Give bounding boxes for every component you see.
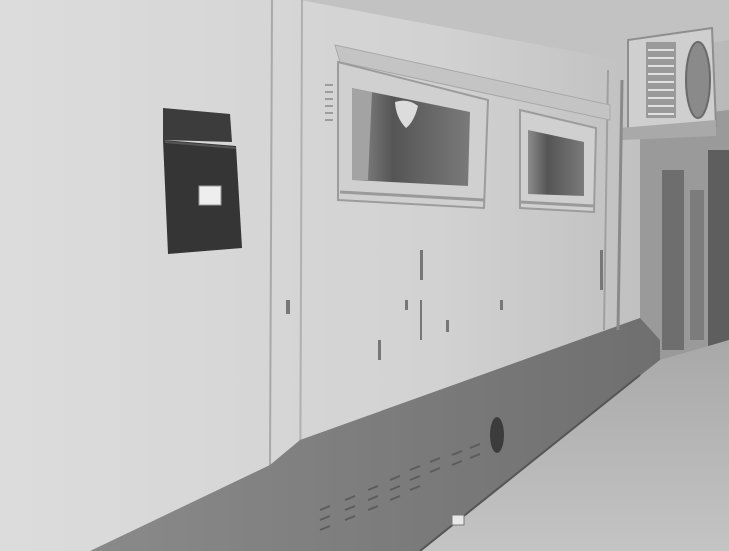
wall-stain	[490, 417, 504, 453]
far-pillar	[708, 150, 729, 350]
ground-debris	[452, 515, 464, 525]
air-conditioner-unit	[620, 28, 716, 140]
doorway	[662, 170, 684, 350]
doorway-frame	[690, 190, 704, 340]
right-window	[520, 110, 596, 212]
ac-fan-grille	[686, 42, 710, 118]
mailbox-label	[199, 186, 221, 205]
wall-photo	[0, 0, 729, 551]
mailbox	[163, 108, 242, 254]
